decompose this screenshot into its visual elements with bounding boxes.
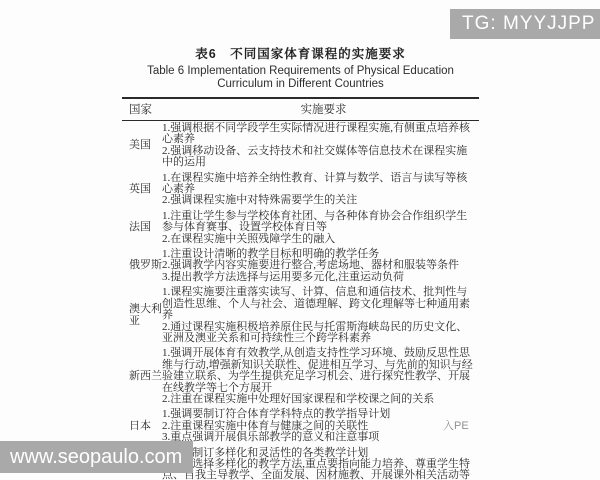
country-cell: 英国 xyxy=(122,184,162,196)
requirement-item: 1.在课程实施中培养全纳性教育、计算与数学、语言与读写等核心素养 xyxy=(162,173,478,196)
requirement-item: 2.通过课程实施积极培养原住民与托雷斯海峡岛民的历史文化、亚洲及澳亚关系和可持续… xyxy=(162,322,478,345)
table-row-russia: 俄罗斯 1.注重设计清晰的教学目标和明确的教学任务 2.强调教学内容实施要进行整… xyxy=(122,247,479,285)
country-cell: 俄罗斯 xyxy=(122,260,162,272)
table-header-row: 国家 实施要求 xyxy=(122,99,479,121)
table-row-france: 法国 1.注重让学生参与学校体育社团、与各种体育协会合作组织学生参与体育赛事、设… xyxy=(122,209,479,247)
country-cell: 日本 xyxy=(122,421,162,433)
table-row-australia: 澳大利亚 1.课程实施要注重落实读写、计算、信息和通信技术、批判性与创造性思维、… xyxy=(122,285,479,346)
table-title-en-line2: Curriculum in Different Countries xyxy=(122,78,479,91)
country-cell: 新西兰 xyxy=(122,371,162,383)
requirement-item: 2.注重在课程实施中处理好国家课程和学校课之间的关系 xyxy=(162,394,478,405)
requirements-cell: 1.课程实施要注重落实读写、计算、信息和通信技术、批判性与创造性思维、个人与社会… xyxy=(162,287,479,344)
requirement-item: 1.强调根据不同学段学生实际情况进行课程实施,有侧重点培养核心素养 xyxy=(162,123,478,146)
requirement-item: 2.强调课程实施中对特殊需要学生的关注 xyxy=(162,195,478,206)
table-row-japan: 日本 1.强调要制订符合体育学科特点的教学指导计划 2.注重课程实施中体育与健康… xyxy=(122,407,479,445)
header-requirements: 实施要求 xyxy=(168,101,479,117)
table-row-usa: 美国 1.强调根据不同学段学生实际情况进行课程实施,有侧重点培养核心素养 2.强… xyxy=(122,121,479,171)
table-row-uk: 英国 1.在课程实施中培养全纳性教育、计算与数学、语言与读写等核心素养 2.强调… xyxy=(122,171,479,209)
watermark-overlay-fragment: 入PE xyxy=(443,417,469,433)
watermark-bottom-left: www.seopaulo.com xyxy=(0,441,193,473)
paper-page: 表6 不同国家体育课程的实施要求 Table 6 Implementation … xyxy=(122,44,479,480)
requirements-cell: 1.注重让学生参与学校体育社团、与各种体育协会合作组织学生参与体育赛事、设置学校… xyxy=(162,211,479,245)
table-title-en: Table 6 Implementation Requirements of P… xyxy=(122,65,479,91)
requirements-cell: 1.强调开展体育有效教学,从创造支持性学习环境、鼓励反思性思维与行动,增强新知识… xyxy=(162,348,479,405)
table-title-zh: 表6 不同国家体育课程的实施要求 xyxy=(122,44,479,62)
requirement-item: 1.课程实施要注重落实读写、计算、信息和通信技术、批判性与创造性思维、个人与社会… xyxy=(162,287,478,321)
table-row-newzealand: 新西兰 1.强调开展体育有效教学,从创造支持性学习环境、鼓励反思性思维与行动,增… xyxy=(122,346,479,407)
requirement-item: 3.重点强调开展俱乐部教学的意义和注意事项 xyxy=(162,432,478,443)
requirements-cell: 1.强调根据不同学段学生实际情况进行课程实施,有侧重点培养核心素养 2.强调移动… xyxy=(162,123,479,169)
header-country: 国家 xyxy=(122,101,168,117)
requirements-cell: 1.强调制订多样化和灵活性的各类教学计划 2.注重选择多样化的教学方法,重点要指… xyxy=(162,448,479,480)
requirement-item: 2.注重选择多样化的教学方法,重点要指向能力培养、尊重学生特点、自我主导教学、全… xyxy=(162,459,478,480)
requirement-item: 2.强调移动设备、云支持技术和社交媒体等信息技术在课程实施中的运用 xyxy=(162,146,478,169)
requirements-cell: 1.注重设计清晰的教学目标和明确的教学任务 2.强调教学内容实施要进行整合,考虑… xyxy=(162,249,479,283)
country-cell: 美国 xyxy=(122,140,162,152)
country-cell: 澳大利亚 xyxy=(122,304,162,327)
table-title-en-line1: Table 6 Implementation Requirements of P… xyxy=(122,65,479,78)
country-cell: 法国 xyxy=(122,222,162,234)
table: 国家 实施要求 美国 1.强调根据不同学段学生实际情况进行课程实施,有侧重点培养… xyxy=(122,97,479,480)
requirement-item: 2.在课程实施中关照残障学生的融入 xyxy=(162,234,478,245)
requirements-cell: 1.在课程实施中培养全纳性教育、计算与数学、语言与读写等核心素养 2.强调课程实… xyxy=(162,173,479,207)
requirement-item: 1.注重让学生参与学校体育社团、与各种体育协会合作组织学生参与体育赛事、设置学校… xyxy=(162,211,478,234)
watermark-top-right: TG: MYYJJPP xyxy=(450,9,600,39)
requirement-item: 3.提出教学方法选择与运用要多元化,注重运动负荷 xyxy=(162,272,478,283)
requirement-item: 1.强调开展体育有效教学,从创造支持性学习环境、鼓励反思性思维与行动,增强新知识… xyxy=(162,348,478,394)
requirements-cell: 1.强调要制订符合体育学科特点的教学指导计划 2.注重课程实施中体育与健康之间的… xyxy=(162,409,479,443)
